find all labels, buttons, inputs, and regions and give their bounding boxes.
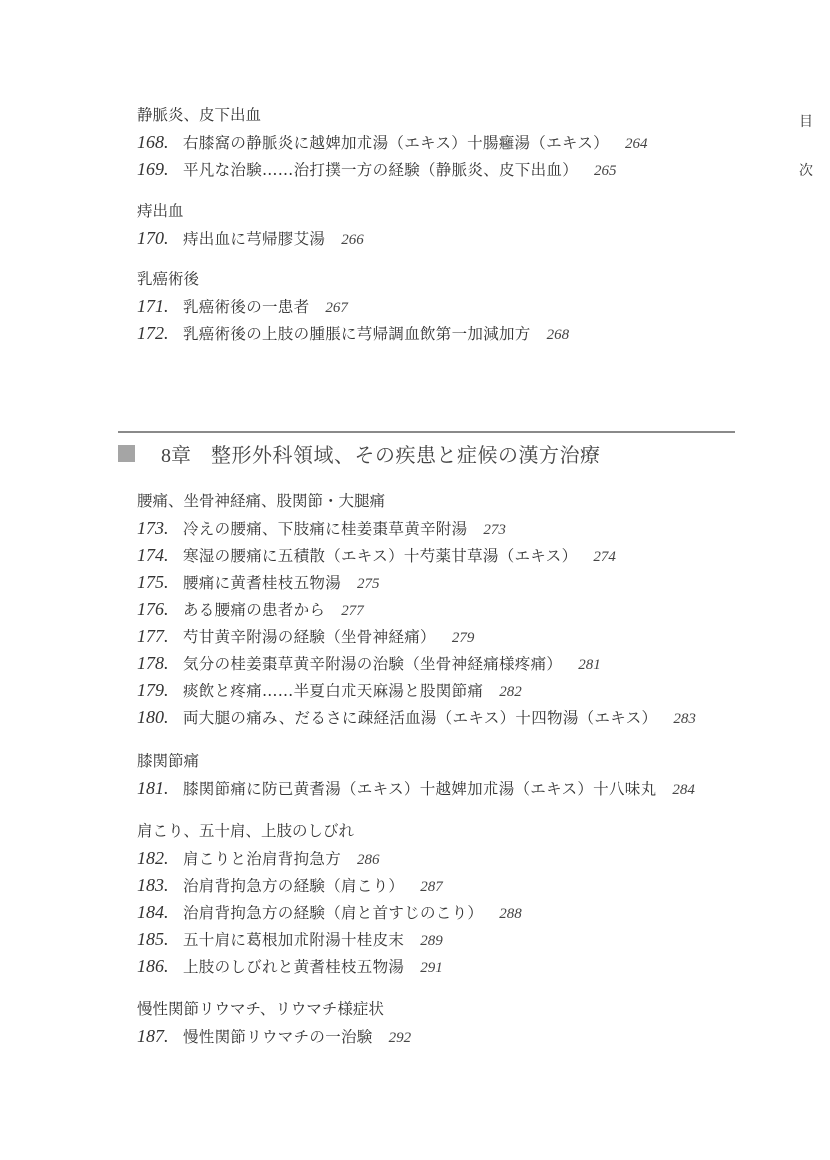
toc-entry[interactable]: 177.芍甘黄辛附湯の経験（坐骨神経痛）279 <box>137 623 696 650</box>
entry-title: 平凡な治験……治打撲一方の経験（静脈炎、皮下出血） <box>183 161 578 179</box>
toc-entry[interactable]: 170.痔出血に芎帰膠艾湯266 <box>137 225 364 252</box>
entry-title: 五十肩に葛根加朮附湯十桂皮末 <box>183 931 404 949</box>
entry-title: 寒湿の腰痛に五積散（エキス）十芍薬甘草湯（エキス） <box>183 547 577 565</box>
entry-title: 気分の桂姜棗草黄辛附湯の治験（坐骨神経痛様疼痛） <box>183 655 562 673</box>
entry-number: 170. <box>137 225 183 252</box>
entry-number: 169. <box>137 156 183 183</box>
entry-number: 168. <box>137 129 183 156</box>
entry-title: 乳癌術後の一患者 <box>183 298 309 316</box>
entry-title: 治肩背拘急方の経験（肩と首すじのこり） <box>183 904 483 922</box>
entry-page: 266 <box>341 232 364 248</box>
toc-entry[interactable]: 175.腰痛に黄耆桂枝五物湯275 <box>137 569 696 596</box>
entry-number: 186. <box>137 953 183 980</box>
section-heading: 痔出血 <box>137 198 364 225</box>
section-heading: 膝関節痛 <box>137 748 695 775</box>
entry-title: 乳癌術後の上肢の腫脹に芎帰調血飲第一加減加方 <box>183 325 531 343</box>
entry-title: ある腰痛の患者から <box>183 601 325 619</box>
entry-number: 183. <box>137 872 183 899</box>
entry-number: 180. <box>137 704 183 731</box>
entry-number: 187. <box>137 1023 183 1050</box>
entry-number: 182. <box>137 845 183 872</box>
chapter-title: 整形外科領域、その疾患と症候の漢方治療 <box>211 439 601 468</box>
chapter-divider <box>118 431 735 433</box>
entry-page: 273 <box>483 522 506 538</box>
entry-page: 282 <box>499 684 522 700</box>
entry-number: 179. <box>137 677 183 704</box>
toc-entry[interactable]: 171.乳癌術後の一患者267 <box>137 293 569 320</box>
entry-title: 肩こりと治肩背拘急方 <box>183 850 341 868</box>
section-heading: 乳癌術後 <box>137 266 569 293</box>
entry-page: 264 <box>625 136 648 152</box>
toc-entry[interactable]: 182.肩こりと治肩背拘急方286 <box>137 845 522 872</box>
entry-page: 289 <box>420 933 443 949</box>
toc-entry[interactable]: 180.両大腿の痛み、だるさに疎経活血湯（エキス）十四物湯（エキス）283 <box>137 704 696 731</box>
entry-number: 171. <box>137 293 183 320</box>
entry-number: 175. <box>137 569 183 596</box>
toc-entry[interactable]: 181.膝関節痛に防已黄耆湯（エキス）十越婢加朮湯（エキス）十八味丸284 <box>137 775 695 802</box>
entry-page: 291 <box>420 960 443 976</box>
entry-page: 281 <box>578 657 601 673</box>
entry-title: 慢性関節リウマチの一治験 <box>183 1028 373 1046</box>
toc-section: 腰痛、坐骨神経痛、股関節・大腿痛 173.冷えの腰痛、下肢痛に桂姜棗草黄辛附湯2… <box>137 488 696 731</box>
entry-number: 178. <box>137 650 183 677</box>
entry-title: 膝関節痛に防已黄耆湯（エキス）十越婢加朮湯（エキス）十八味丸 <box>183 780 656 798</box>
entry-number: 177. <box>137 623 183 650</box>
side-label-contents-1: 目 <box>799 111 813 131</box>
entry-page: 265 <box>594 163 617 179</box>
section-heading: 肩こり、五十肩、上肢のしびれ <box>137 818 522 845</box>
entry-number: 185. <box>137 926 183 953</box>
toc-section: 慢性関節リウマチ、リウマチ様症状 187.慢性関節リウマチの一治験292 <box>137 996 411 1050</box>
chapter-marker-icon <box>118 445 135 462</box>
entry-title: 両大腿の痛み、だるさに疎経活血湯（エキス）十四物湯（エキス） <box>183 709 657 727</box>
toc-entry[interactable]: 169.平凡な治験……治打撲一方の経験（静脈炎、皮下出血）265 <box>137 156 647 183</box>
side-label-contents-2: 次 <box>799 160 813 180</box>
entry-page: 267 <box>325 300 348 316</box>
toc-entry[interactable]: 174.寒湿の腰痛に五積散（エキス）十芍薬甘草湯（エキス）274 <box>137 542 696 569</box>
toc-entry[interactable]: 186.上肢のしびれと黄耆桂枝五物湯291 <box>137 953 522 980</box>
section-heading: 腰痛、坐骨神経痛、股関節・大腿痛 <box>137 488 696 515</box>
entry-page: 283 <box>673 711 696 727</box>
entry-page: 287 <box>420 879 443 895</box>
section-heading: 静脈炎、皮下出血 <box>137 102 647 129</box>
entry-title: 冷えの腰痛、下肢痛に桂姜棗草黄辛附湯 <box>183 520 467 538</box>
toc-entry[interactable]: 172.乳癌術後の上肢の腫脹に芎帰調血飲第一加減加方268 <box>137 320 569 347</box>
entry-number: 172. <box>137 320 183 347</box>
entry-number: 176. <box>137 596 183 623</box>
entry-page: 292 <box>389 1030 412 1046</box>
toc-entry[interactable]: 185.五十肩に葛根加朮附湯十桂皮末289 <box>137 926 522 953</box>
entry-page: 279 <box>452 630 475 646</box>
toc-entry[interactable]: 183.治肩背拘急方の経験（肩こり）287 <box>137 872 522 899</box>
entry-title: 腰痛に黄耆桂枝五物湯 <box>183 574 341 592</box>
entry-title: 右膝窩の静脈炎に越婢加朮湯（エキス）十腸癰湯（エキス） <box>183 134 609 152</box>
entry-title: 芍甘黄辛附湯の経験（坐骨神経痛） <box>183 628 436 646</box>
toc-section: 肩こり、五十肩、上肢のしびれ 182.肩こりと治肩背拘急方286 183.治肩背… <box>137 818 522 980</box>
entry-title: 治肩背拘急方の経験（肩こり） <box>183 877 404 895</box>
toc-entry[interactable]: 168.右膝窩の静脈炎に越婢加朮湯（エキス）十腸癰湯（エキス）264 <box>137 129 647 156</box>
entry-page: 286 <box>357 852 380 868</box>
entry-page: 284 <box>672 782 695 798</box>
section-heading: 慢性関節リウマチ、リウマチ様症状 <box>137 996 411 1023</box>
entry-page: 275 <box>357 576 380 592</box>
entry-number: 181. <box>137 775 183 802</box>
entry-page: 268 <box>547 327 570 343</box>
toc-entry[interactable]: 187.慢性関節リウマチの一治験292 <box>137 1023 411 1050</box>
entry-number: 173. <box>137 515 183 542</box>
entry-page: 288 <box>499 906 522 922</box>
entry-title: 痰飲と疼痛……半夏白朮天麻湯と股関節痛 <box>183 682 483 700</box>
entry-number: 184. <box>137 899 183 926</box>
toc-section: 膝関節痛 181.膝関節痛に防已黄耆湯（エキス）十越婢加朮湯（エキス）十八味丸2… <box>137 748 695 802</box>
entry-number: 174. <box>137 542 183 569</box>
entry-title: 上肢のしびれと黄耆桂枝五物湯 <box>183 958 404 976</box>
toc-section: 乳癌術後 171.乳癌術後の一患者267 172.乳癌術後の上肢の腫脹に芎帰調血… <box>137 266 569 347</box>
toc-entry[interactable]: 173.冷えの腰痛、下肢痛に桂姜棗草黄辛附湯273 <box>137 515 696 542</box>
entry-title: 痔出血に芎帰膠艾湯 <box>183 230 325 248</box>
toc-entry[interactable]: 179.痰飲と疼痛……半夏白朮天麻湯と股関節痛282 <box>137 677 696 704</box>
toc-entry[interactable]: 184.治肩背拘急方の経験（肩と首すじのこり）288 <box>137 899 522 926</box>
toc-entry[interactable]: 176.ある腰痛の患者から277 <box>137 596 696 623</box>
chapter-heading[interactable]: 8章 整形外科領域、その疾患と症候の漢方治療 <box>118 438 601 468</box>
toc-entry[interactable]: 178.気分の桂姜棗草黄辛附湯の治験（坐骨神経痛様疼痛）281 <box>137 650 696 677</box>
entry-page: 274 <box>593 549 616 565</box>
entry-page: 277 <box>341 603 364 619</box>
toc-section: 静脈炎、皮下出血 168.右膝窩の静脈炎に越婢加朮湯（エキス）十腸癰湯（エキス）… <box>137 102 647 183</box>
toc-section: 痔出血 170.痔出血に芎帰膠艾湯266 <box>137 198 364 252</box>
chapter-number: 8章 <box>161 439 191 468</box>
